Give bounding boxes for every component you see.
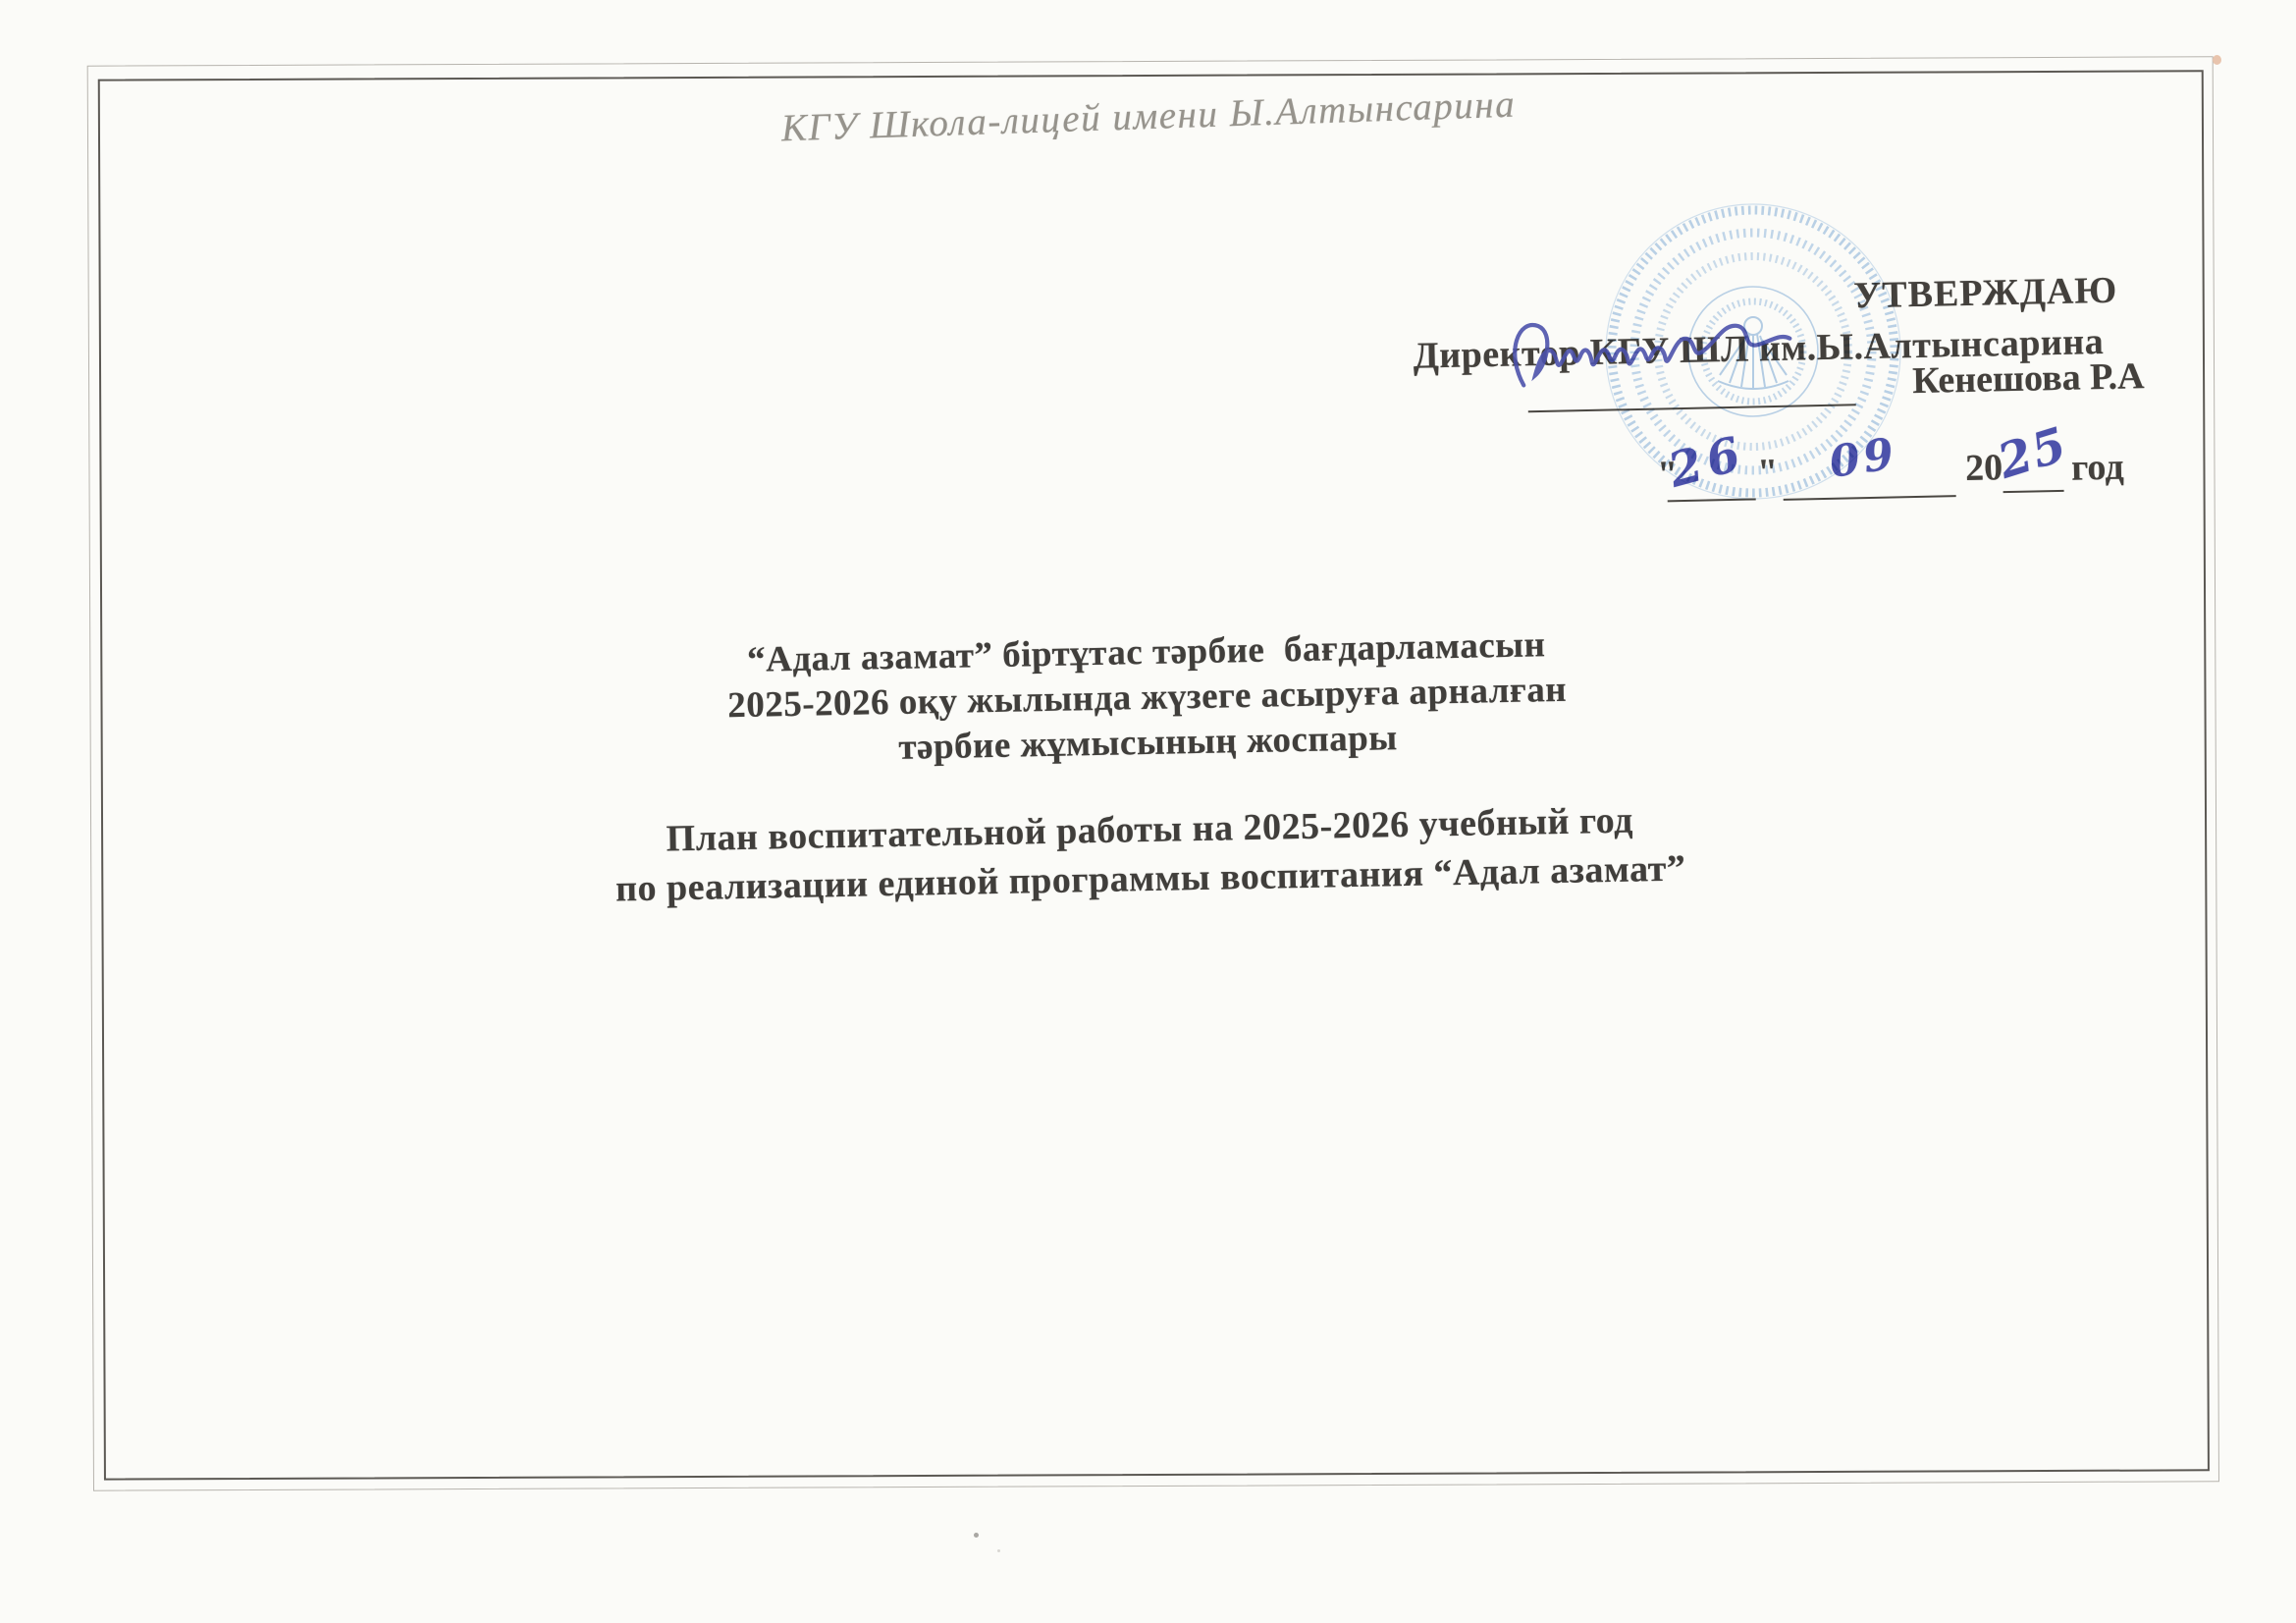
- scan-speck-gray: [974, 1533, 979, 1538]
- scanned-document-page: КГУ Школа-лицей имени Ы.Алтынсарина: [0, 0, 2296, 1623]
- scan-speck-pink: [2213, 55, 2221, 65]
- year-underline: [2002, 460, 2064, 493]
- title-kazakh: “Адал азамат” біртұтас тәрбие бағдарлама…: [611, 621, 1683, 777]
- official-stamp-seal: [1598, 196, 1908, 507]
- document-title-block: “Адал азамат” біртұтас тәрбие бағдарлама…: [611, 621, 1685, 914]
- title-russian: План воспитательной работы на 2025-2026 …: [614, 795, 1685, 914]
- year-word: год: [2071, 446, 2124, 490]
- director-name: Кенешова Р.А: [1912, 354, 2145, 403]
- stamp-emblem: [1718, 317, 1789, 389]
- scan-speck-gray-small: [997, 1549, 1000, 1552]
